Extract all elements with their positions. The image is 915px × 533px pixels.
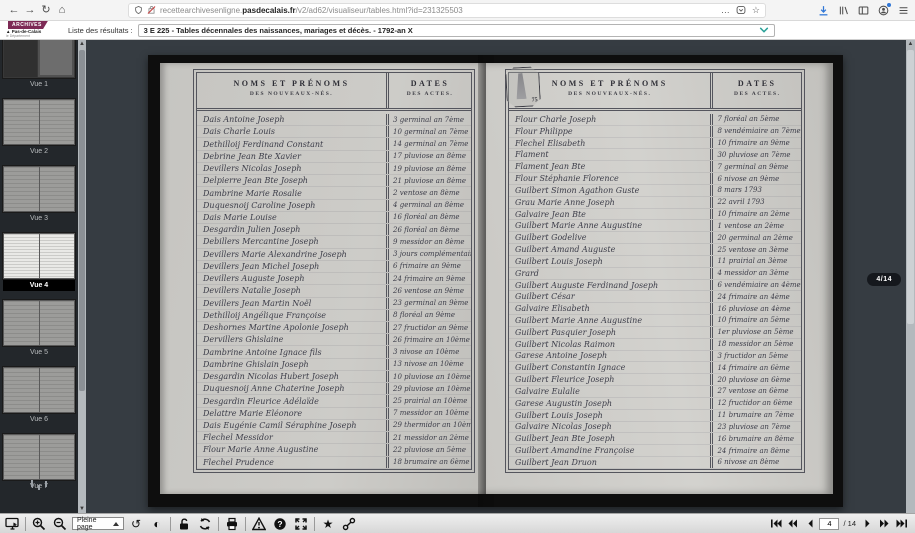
chevron-down-icon (759, 26, 769, 34)
register-entry-date: 16 brumaire an 8ème (710, 433, 801, 444)
address-bar[interactable]: recettearchivesenligne.pasdecalais.fr/v2… (128, 3, 766, 18)
register-entry-name: Guilbert Marie Anne Augustine (509, 221, 710, 230)
register-entry-date: 24 frimaire an 9ème (386, 273, 471, 284)
thumbnail-image[interactable] (3, 166, 75, 212)
screen-size-icon[interactable] (3, 516, 21, 532)
register-entry: Dais Eugénie Camil Séraphine Joseph 29 t… (197, 420, 471, 432)
dates-column-subtitle: DES ACTES. (389, 91, 471, 97)
register-entry: Galvaire Jean Bte 10 frimaire an 2ème (509, 209, 801, 221)
register-entry-date: 3 germinal an 7ème (386, 114, 471, 125)
register-entry-name: Dambrine Marie Rosalie (197, 189, 386, 198)
register-entry-name: Guilbert Fleurice Joseph (509, 375, 710, 384)
viewer-scrollbar-thumb[interactable] (907, 50, 914, 324)
document-select-value: 3 E 225 - Tables décennales des naissanc… (144, 26, 413, 35)
contrast-icon[interactable]: ◐ (148, 516, 166, 532)
thumbnail-left-page (4, 167, 39, 211)
app-toolbar: ARCHIVES ▲ Pas-de-Calaisle Département L… (0, 21, 915, 40)
left-table-rows: Dais Antoine Joseph 3 germinal an 7ème D… (197, 114, 471, 469)
library-icon[interactable] (838, 5, 849, 16)
register-entry: Dethilloij Ferdinand Constant 14 germina… (197, 138, 471, 150)
register-entry: Dambrine Antoine Ignace fils 3 nivose an… (197, 346, 471, 358)
register-entry: Guilbert Louis Joseph 11 brumaire an 7èm… (509, 410, 801, 422)
sidebar-toggle-icon[interactable] (858, 5, 869, 16)
register-entry-date: 7 germinal an 9ème (710, 161, 801, 172)
zoom-in-icon[interactable] (30, 516, 48, 532)
toolbar-separator (25, 517, 26, 531)
register-entry: Desgardin Nicolas Hubert Joseph 10 pluvi… (197, 371, 471, 383)
register-entry: Galvaire Élisabeth 16 pluviose an 4ème (509, 303, 801, 315)
sidebar-scrollbar-thumb[interactable] (79, 50, 85, 391)
register-entry-name: Guilbert Pasquier Joseph (509, 328, 710, 337)
thumbnail-right-page (38, 40, 75, 77)
register-entry-date: 24 frimaire an 8ème (710, 445, 801, 456)
thumbnail-label: Vue 5 (3, 347, 75, 358)
register-entry-date: 26 frimaire an 10ème (386, 334, 471, 345)
register-entry-date: 16 pluviose an 4ème (710, 303, 801, 314)
register-entry: Debillers Mercantine Joseph 9 messidor a… (197, 236, 471, 248)
register-entry: Dambrine Ghislain Joseph 13 nivose an 10… (197, 359, 471, 371)
register-entry-name: Debillers Mercantine Joseph (197, 237, 386, 246)
register-entry-name: Desgardin Nicolas Hubert Joseph (197, 372, 386, 381)
register-entry-date: 3 fructidor an 5ème (710, 351, 801, 362)
register-entry: Guilbert Auguste Ferdinand Joseph 6 vend… (509, 280, 801, 292)
register-entry-date: 24 frimaire an 4ème (710, 291, 801, 302)
register-entry-name: Guilbert Godelive (509, 233, 710, 242)
register-entry-name: Guilbert César (509, 292, 710, 301)
zoom-mode-value: Pleine page (77, 517, 109, 531)
next-fast-button[interactable] (877, 517, 892, 531)
archives-pas-de-calais-logo[interactable]: ARCHIVES ▲ Pas-de-Calaisle Département (2, 21, 58, 39)
register-entry: Guilbert Jean Bte Joseph 16 brumaire an … (509, 433, 801, 445)
sidebar-thumbnail[interactable]: Vue 4 (3, 233, 75, 291)
register-entry: Grard 4 messidor an 3ème (509, 268, 801, 280)
first-page-button[interactable] (768, 517, 783, 531)
register-entry-name: Dais Marie Louise (197, 213, 386, 222)
register-entry: Devillers Nicolas Joseph 19 pluviose an … (197, 163, 471, 175)
register-entry-name: Devillers Nicolas Joseph (197, 164, 386, 173)
viewer-scrollbar[interactable]: ▲ (906, 40, 915, 513)
register-entry: Guilbert Amandine Françoise 24 frimaire … (509, 445, 801, 457)
register-entry: Guilbert Godelive 20 germinal an 2ème (509, 232, 801, 244)
scroll-down-icon[interactable]: ▼ (78, 505, 86, 513)
register-entry-date: 22 pluviose an 5ème (386, 444, 471, 455)
register-entry-date: 3 jours complémentaires 8 (386, 249, 471, 260)
help-icon[interactable]: ? (271, 516, 289, 532)
register-entry-date: 22 avril 1793 (710, 197, 801, 208)
thumbnail-label: Vue 4 (3, 280, 75, 291)
sidebar-thumbnail[interactable]: Vue 5 (3, 300, 75, 358)
register-entry-name: Dambrine Antoine Ignace fils (197, 348, 386, 357)
register-entry: Guilbert Constantin Ignace 14 frimaire a… (509, 362, 801, 374)
thumbnail-sidebar: Vue 1 Vue 2 Vue 3 Vue 4 Vue 5 (0, 40, 78, 513)
register-entry-date: 23 pluviose an 7ème (710, 422, 801, 433)
scanned-register-image[interactable]: NOMS ET PRÉNOMSDES NOUVEAUX-NÉS. DATESDE… (148, 55, 843, 507)
register-entry-name: Flechel Prudence (197, 458, 386, 467)
previous-fast-button[interactable] (785, 517, 800, 531)
register-entry-date: 6 nivose an 9ème (710, 173, 801, 184)
browser-home-icon[interactable]: ⌂ (54, 0, 70, 20)
register-entry-name: Garese Augustin Joseph (509, 399, 710, 408)
register-entry: Guilbert Jean Druon 6 nivose an 8ème (509, 457, 801, 469)
thumbnail-label: Vue 2 (3, 146, 75, 157)
thumbnail-left-page (4, 40, 37, 77)
register-entry: Grau Marie Anne Joseph 22 avril 1793 (509, 197, 801, 209)
register-entry-name: Grau Marie Anne Joseph (509, 198, 710, 207)
register-entry-name: Guilbert Jean Bte Joseph (509, 434, 710, 443)
chevron-up-icon (113, 522, 119, 526)
url-text[interactable]: recettearchivesenligne.pasdecalais.fr/v2… (160, 6, 717, 15)
insecure-connection-icon (147, 5, 156, 15)
page-number-input[interactable] (819, 518, 839, 530)
register-entry: Deshornes Martine Apolonie Joseph 27 fru… (197, 322, 471, 334)
register-entry: Guilbert Marie Anne Augustine 1 ventose … (509, 220, 801, 232)
thumbnail-left-page (4, 100, 39, 144)
main-content: Vue 1 Vue 2 Vue 3 Vue 4 Vue 5 (0, 40, 915, 513)
register-entry: Desgardin Fleurice Adélaïde 25 prairial … (197, 395, 471, 407)
register-entry-name: Flour Philippe (509, 127, 710, 136)
register-entry-date: 6 nivose an 8ème (710, 457, 801, 468)
register-entry-name: Flechel Élisabeth (509, 139, 710, 148)
register-entry-name: Guilbert Marie Anne Augustine (509, 316, 710, 325)
register-entry-date: 3 nivose an 10ème (386, 346, 471, 357)
zoom-out-icon[interactable] (51, 516, 69, 532)
register-entry-date: 20 pluviose an 6ème (710, 374, 801, 385)
register-entry: Flechel Messidor 21 messidor an 2ème (197, 432, 471, 444)
register-entry-date: 10 pluviose an 10ème (386, 371, 471, 382)
loading-spinner (31, 480, 47, 487)
register-entry: Flour Philippe 8 vendémiaire an 7ème (509, 126, 801, 138)
register-entry-date: 17 pluviose an 8ème (386, 151, 471, 162)
register-entry-name: Flechel Messidor (197, 433, 386, 442)
warning-icon[interactable] (250, 516, 268, 532)
register-entry-name: Duquesnoij Anne Chaterine Joseph (197, 384, 386, 393)
right-table-header: NOMS ET PRÉNOMSDES NOUVEAUX-NÉS. DATESDE… (509, 73, 801, 111)
register-entry-name: Dethilloij Angélique Françoise (197, 311, 386, 320)
thumbnail-right-page (40, 100, 75, 144)
register-entry-date: 1er pluviose an 5ème (710, 327, 801, 338)
register-entry-name: Delattre Marie Éléonore (197, 409, 386, 418)
register-entry-name: Devillers Jean Martin Noël (197, 299, 386, 308)
revenue-stamp: 75 (505, 66, 541, 108)
register-entry: Flour Stéphanie Florence 6 nivose an 9èm… (509, 173, 801, 185)
register-entry: Flour Charle Joseph 7 floréal an 5ème (509, 114, 801, 126)
register-left-page: NOMS ET PRÉNOMSDES NOUVEAUX-NÉS. DATESDE… (160, 63, 486, 494)
downloads-icon[interactable] (818, 5, 829, 16)
register-entry-name: Flour Stéphanie Florence (509, 174, 710, 183)
register-entry-date: 10 frimaire an 9ème (710, 138, 801, 149)
register-entry-date: 20 germinal an 2ème (710, 232, 801, 243)
register-entry-name: Guilbert Amandine Françoise (509, 446, 710, 455)
toolbar-separator (245, 517, 246, 531)
register-right-page: 75 NOMS ET PRÉNOMSDES NOUVEAUX-NÉS. DATE… (486, 63, 833, 494)
unlock-icon[interactable] (175, 516, 193, 532)
favorite-star-icon[interactable]: ★ (319, 516, 337, 532)
thumbnail-right-page (40, 234, 75, 278)
register-entry-date: 7 messidor an 10ème (386, 408, 471, 419)
register-entry-date: 14 frimaire an 6ème (710, 362, 801, 373)
register-entry: Duquesnoij Caroline Joseph 4 germinal an… (197, 200, 471, 212)
register-entry-name: Flament (509, 150, 710, 159)
register-entry-name: Galvaire Jean Bte (509, 210, 710, 219)
register-entry-name: Garese Antoine Joseph (509, 351, 710, 360)
register-entry: Flechel Prudence 18 brumaire an 6ème (197, 457, 471, 469)
thumbnail-right-page (40, 435, 75, 479)
register-entry-date: 12 fructidor an 6ème (710, 398, 801, 409)
register-entry: Dais Marie Louise 16 floréal an 8ème (197, 212, 471, 224)
register-entry-date: 19 pluviose an 8ème (386, 163, 471, 174)
last-page-button[interactable] (894, 517, 909, 531)
scroll-up-icon[interactable]: ▲ (906, 40, 915, 48)
register-entry-name: Duquesnoij Caroline Joseph (197, 201, 386, 210)
register-entry-name: Guilbert Jean Druon (509, 458, 710, 467)
next-page-button[interactable] (860, 517, 875, 531)
register-entry-date: 23 germinal an 9ème (386, 298, 471, 309)
register-entry-name: Desgardin Fleurice Adélaïde (197, 397, 386, 406)
register-entry-name: Grard (509, 269, 710, 278)
register-entry: Galvaire Nicolas Joseph 23 pluviose an 7… (509, 422, 801, 434)
register-entry-date: 25 prairial an 10ème (386, 395, 471, 406)
shield-icon (134, 5, 143, 15)
register-entry: Duquesnoij Anne Chaterine Joseph 29 pluv… (197, 383, 471, 395)
register-entry-date: 18 messidor an 5ème (710, 339, 801, 350)
register-entry-name: Deshornes Martine Apolonie Joseph (197, 323, 386, 332)
register-entry: Guilbert Nicolas Raimon 18 messidor an 5… (509, 339, 801, 351)
register-entry-name: Dais Eugénie Camil Séraphine Joseph (197, 421, 386, 430)
register-entry: Dervillers Ghislaine 26 frimaire an 10èm… (197, 334, 471, 346)
register-entry-date: 6 frimaire an 9ème (386, 261, 471, 272)
thumbnail-image[interactable] (3, 367, 75, 413)
register-entry-name: Dervillers Ghislaine (197, 335, 386, 344)
register-entry-name: Galvaire Élisabeth (509, 304, 710, 313)
register-entry-name: Dais Antoine Joseph (197, 115, 386, 124)
register-entry: Dais Charle Louis 10 germinal an 7ème (197, 126, 471, 138)
register-entry-date: 11 prairial an 3ème (710, 256, 801, 267)
names-column-subtitle: DES NOUVEAUX-NÉS. (197, 91, 386, 97)
toolbar-separator (170, 517, 171, 531)
permalink-icon[interactable] (340, 516, 358, 532)
register-entry: Flechel Élisabeth 10 frimaire an 9ème (509, 138, 801, 150)
register-entry-name: Devillers Jean Michel Joseph (197, 262, 386, 271)
notification-dot (887, 3, 891, 7)
register-entry-date: 26 floréal an 8ème (386, 224, 471, 235)
register-entry-date: 26 ventose an 9ème (386, 285, 471, 296)
register-entry-name: Dambrine Ghislain Joseph (197, 360, 386, 369)
stamp-figure (515, 73, 526, 99)
register-entry-date: 10 frimaire an 2ème (710, 209, 801, 220)
sidebar-scrollbar[interactable]: ▲ ▼ (78, 40, 86, 513)
register-entry: Dethilloij Angélique Françoise 8 floréal… (197, 310, 471, 322)
register-entry-date: 30 pluviose an 7ème (710, 149, 801, 160)
register-entry-date: 2 ventose an 8ème (386, 187, 471, 198)
thumbnail-left-page (4, 301, 39, 345)
register-entry-name: Desgardin Julien Joseph (197, 225, 386, 234)
thumbnail-label: Vue 1 (3, 79, 75, 90)
dates-column-title: DATES (713, 79, 801, 88)
register-entry-date: 8 floréal an 9ème (386, 310, 471, 321)
register-entry-date: 14 germinal an 7ème (386, 138, 471, 149)
register-entry: Desgardin Julien Joseph 26 floréal an 8è… (197, 224, 471, 236)
register-entry: Delpierre Jean Bte Joseph 21 pluviose an… (197, 175, 471, 187)
register-entry-name: Galvaire Nicolas Joseph (509, 422, 710, 431)
register-entry: Dambrine Marie Rosalie 2 ventose an 8ème (197, 187, 471, 199)
register-entry-name: Flour Charle Joseph (509, 115, 710, 124)
register-entry-date: 27 ventose an 6ème (710, 386, 801, 397)
register-entry-date: 25 ventose an 3ème (710, 244, 801, 255)
logo-department-text: ▲ Pas-de-Calaisle Département (6, 29, 41, 38)
document-viewer[interactable]: NOMS ET PRÉNOMSDES NOUVEAUX-NÉS. DATESDE… (86, 40, 906, 513)
register-entry-name: Guilbert Amand Auguste (509, 245, 710, 254)
pagination-controls: / 14 (768, 517, 912, 531)
dates-column-title: DATES (389, 79, 471, 88)
thumbnail-right-page (40, 301, 75, 345)
bookmark-star-icon[interactable]: ☆ (752, 5, 760, 16)
register-entry-date: 10 germinal an 7ème (386, 126, 471, 137)
fullscreen-icon[interactable] (292, 516, 310, 532)
browser-back-icon[interactable]: ← (6, 0, 22, 20)
sidebar-thumbnail[interactable]: Vue 2 (3, 99, 75, 157)
register-entry-date: 29 pluviose an 10ème (386, 383, 471, 394)
register-entry: Garese Antoine Joseph 3 fructidor an 5èm… (509, 351, 801, 363)
thumbnail-right-page (40, 167, 75, 211)
thumbnail-right-page (40, 368, 75, 412)
register-entry: Debrine Jean Bte Xavier 17 pluviose an 8… (197, 151, 471, 163)
dates-column-subtitle: DES ACTES. (713, 91, 801, 97)
register-entry-date: 29 thermidor an 10ème (386, 420, 471, 431)
register-entry: Delattre Marie Éléonore 7 messidor an 10… (197, 408, 471, 420)
register-entry: Guilbert César 24 frimaire an 4ème (509, 291, 801, 303)
previous-page-button[interactable] (802, 517, 817, 531)
sidebar-thumbnail[interactable]: Vue 6 (3, 367, 75, 425)
thumbnail-left-page (4, 435, 39, 479)
thumbnail-left-page (4, 234, 39, 278)
register-entry: Flament 30 pluviose an 7ème (509, 149, 801, 161)
register-entry-date: 11 brumaire an 7ème (710, 410, 801, 421)
thumbnail-image[interactable] (3, 233, 75, 279)
register-entry: Dais Antoine Joseph 3 germinal an 7ème (197, 114, 471, 126)
thumbnail-image[interactable] (3, 300, 75, 346)
print-icon[interactable] (223, 516, 241, 532)
register-entry-date: 4 germinal an 8ème (386, 200, 471, 211)
left-table-header: NOMS ET PRÉNOMSDES NOUVEAUX-NÉS. DATESDE… (197, 73, 471, 111)
names-column-title: NOMS ET PRÉNOMS (197, 79, 386, 88)
register-entry-date: 16 floréal an 8ème (386, 212, 471, 223)
logo-archives-text: ARCHIVES (8, 21, 48, 29)
register-entry-date: 8 vendémiaire an 7ème (710, 126, 801, 137)
register-entry-name: Guilbert Louis Joseph (509, 257, 710, 266)
register-entry: Flament Jean Bte 7 germinal an 9ème (509, 161, 801, 173)
register-entry-name: Guilbert Constantin Ignace (509, 363, 710, 372)
document-select[interactable]: 3 E 225 - Tables décennales des naissanc… (138, 24, 775, 37)
right-register-table: NOMS ET PRÉNOMSDES NOUVEAUX-NÉS. DATESDE… (508, 72, 802, 470)
register-entry-name: Devillers Natalie Joseph (197, 286, 386, 295)
account-icon[interactable] (878, 5, 889, 16)
register-entry-date: 9 messidor an 8ème (386, 236, 471, 247)
sidebar-thumbnail[interactable]: Vue 3 (3, 166, 75, 224)
register-entry-date: 7 floréal an 5ème (710, 114, 801, 125)
scroll-up-icon[interactable]: ▲ (78, 40, 86, 48)
register-entry: Devillers Jean Martin Noël 23 germinal a… (197, 298, 471, 310)
register-entry: Garese Augustin Joseph 12 fructidor an 6… (509, 398, 801, 410)
register-entry-date: 27 fructidor an 9ème (386, 322, 471, 333)
page-total-label: / 14 (843, 519, 856, 528)
register-entry-name: Guilbert Nicolas Raimon (509, 340, 710, 349)
register-entry: Devillers Marie Alexandrine Joseph 3 jou… (197, 249, 471, 261)
register-entry-date: 13 nivose an 10ème (386, 359, 471, 370)
register-entry: Devillers Natalie Joseph 26 ventose an 9… (197, 285, 471, 297)
thumbnail-label: Vue 6 (3, 414, 75, 425)
toolbar-separator (314, 517, 315, 531)
register-entry-name: Debrine Jean Bte Xavier (197, 152, 386, 161)
register-entry: Guilbert Pasquier Joseph 1er pluviose an… (509, 327, 801, 339)
toolbar-separator (218, 517, 219, 531)
svg-text:?: ? (277, 519, 282, 529)
browser-chrome: ← → ↻ ⌂ recettearchivesenligne.pasdecala… (0, 0, 915, 21)
register-entry-date: 18 brumaire an 6ème (386, 457, 471, 468)
page-actions-icon[interactable]: … (721, 5, 730, 15)
register-entry-name: Devillers Auguste Joseph (197, 274, 386, 283)
register-entry: Guilbert Marie Anne Augustine 10 frimair… (509, 315, 801, 327)
rotate-icon[interactable]: ↺ (127, 516, 145, 532)
register-entry-name: Guilbert Simon Agathon Guste (509, 186, 710, 195)
right-table-rows: Flour Charle Joseph 7 floréal an 5ème Fl… (509, 114, 801, 469)
register-entry-name: Dethilloij Ferdinand Constant (197, 140, 386, 149)
browser-forward-icon[interactable]: → (22, 0, 38, 20)
register-entry-date: 6 vendémiaire an 4ème (710, 280, 801, 291)
register-entry: Flour Marie Anne Augustine 22 pluviose a… (197, 444, 471, 456)
pocket-icon[interactable] (736, 5, 746, 15)
refresh-icon[interactable] (196, 516, 214, 532)
register-entry-name: Galvaire Eulalie (509, 387, 710, 396)
register-entry-date: 21 messidor an 2ème (386, 432, 471, 443)
register-entry: Guilbert Fleurice Joseph 20 pluviose an … (509, 374, 801, 386)
thumbnail-image[interactable] (3, 434, 75, 480)
results-list-label: Liste des résultats : (68, 26, 133, 35)
thumbnail-image[interactable] (3, 40, 75, 78)
zoom-mode-select[interactable]: Pleine page (72, 517, 124, 530)
register-entry-date: 1 ventose an 2ème (710, 220, 801, 231)
register-entry-name: Delpierre Jean Bte Joseph (197, 176, 386, 185)
register-entry: Devillers Jean Michel Joseph 6 frimaire … (197, 261, 471, 273)
thumbnail-image[interactable] (3, 99, 75, 145)
register-entry-date: 4 messidor an 3ème (710, 268, 801, 279)
register-entry-name: Devillers Marie Alexandrine Joseph (197, 250, 386, 259)
sidebar-thumbnail[interactable]: Vue 1 (3, 40, 75, 90)
page-indicator-badge: 4/14 (867, 273, 901, 286)
register-entry: Devillers Auguste Joseph 24 frimaire an … (197, 273, 471, 285)
register-entry: Guilbert Amand Auguste 25 ventose an 3èm… (509, 244, 801, 256)
register-entry-name: Dais Charle Louis (197, 127, 386, 136)
register-entry-name: Guilbert Auguste Ferdinand Joseph (509, 281, 710, 290)
register-entry: Guilbert Louis Joseph 11 prairial an 3èm… (509, 256, 801, 268)
browser-reload-icon[interactable]: ↻ (38, 0, 54, 20)
thumbnail-label: Vue 3 (3, 213, 75, 224)
register-entry-date: 10 frimaire an 5ème (710, 315, 801, 326)
register-entry: Galvaire Eulalie 27 ventose an 6ème (509, 386, 801, 398)
thumbnail-left-page (4, 368, 39, 412)
register-entry: Guilbert Simon Agathon Guste 8 mars 1793 (509, 185, 801, 197)
register-entry-name: Flament Jean Bte (509, 162, 710, 171)
left-register-table: NOMS ET PRÉNOMSDES NOUVEAUX-NÉS. DATESDE… (196, 72, 472, 470)
register-entry-date: 21 pluviose an 8ème (386, 175, 471, 186)
register-entry-name: Guilbert Louis Joseph (509, 411, 710, 420)
menu-icon[interactable] (898, 5, 909, 16)
viewer-toolbar: Pleine page ↺ ◐ ? ★ / 14 (0, 513, 915, 533)
register-entry-date: 8 mars 1793 (710, 185, 801, 196)
register-entry-name: Flour Marie Anne Augustine (197, 445, 386, 454)
